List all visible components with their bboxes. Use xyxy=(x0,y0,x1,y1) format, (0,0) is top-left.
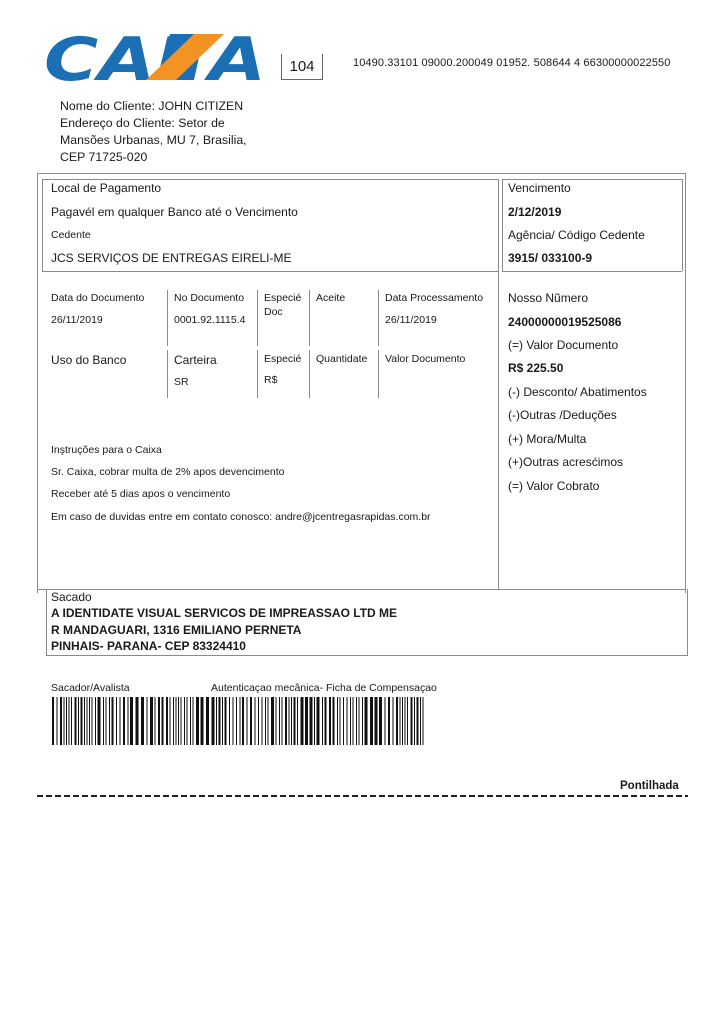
aceite-label: Aceite xyxy=(316,292,345,304)
data-proc-label: Data Processamento xyxy=(385,292,483,304)
venc-box-top xyxy=(502,179,682,180)
especie-doc-label-2: Doc xyxy=(264,306,283,318)
cedente-label: Cedente xyxy=(51,229,91,241)
local-value: Pagavél em qualquer Banco até o Vencimen… xyxy=(51,205,298,219)
col-divider xyxy=(309,350,310,398)
instruction-line: Receber até 5 dias apos o vencimento xyxy=(51,488,230,500)
agencia-value: 3915/ 033100-9 xyxy=(508,251,592,265)
linha-digitavel: 10490.33101 09000.200049 01952. 508644 4… xyxy=(353,57,670,69)
data-proc-value: 26/11/2019 xyxy=(385,314,437,326)
sacado-city: PINHAIS- PARANA- CEP 83324410 xyxy=(51,639,246,653)
valor-doc-label: Valor Documento xyxy=(385,353,465,365)
sacado-label: Sacado xyxy=(51,590,92,604)
client-info: Nome do Cliente: JOHN CITIZEN Endereço d… xyxy=(60,98,247,166)
mora-label: (+) Mora/Multa xyxy=(508,432,586,446)
instruction-line: Em caso de duvidas entre em contato cono… xyxy=(51,511,431,523)
valor-cobrado-label: (=) Valor Cobrato xyxy=(508,479,599,493)
cedente-value: JCS SERVIÇOS DE ENTREGAS EIRELI-ME xyxy=(51,251,292,265)
venc-box-bottom xyxy=(502,271,682,272)
uso-banco-label: Uso do Banco xyxy=(51,353,126,367)
sacado-address: R MANDAGUARI, 1316 EMILIANO PERNETA xyxy=(51,623,301,637)
instructions-title: Inştruções para o Caixa xyxy=(51,444,162,456)
quantidade-label: Quantidate xyxy=(316,353,367,365)
bank-code: 104 xyxy=(281,54,323,80)
col-divider xyxy=(378,350,379,398)
venc-box-left xyxy=(502,179,503,271)
valor-documento-label: (=) Valor Documento xyxy=(508,338,618,352)
autenticacao-label: Autenticaçao mecânica- Ficha de Compensa… xyxy=(211,682,437,694)
nosso-numero-value: 24000000019525086 xyxy=(508,315,621,329)
outer-right-border xyxy=(685,173,686,593)
column-divider xyxy=(498,179,499,589)
especie-value: R$ xyxy=(264,374,277,386)
col-divider xyxy=(309,290,310,346)
caixa-logo: CAI A xyxy=(44,30,266,84)
desconto-label: (-) Desconto/ Abatimentos xyxy=(508,385,647,399)
col-divider xyxy=(257,350,258,398)
client-address-1: Endereço do Cliente: Setor de xyxy=(60,115,247,132)
barcode xyxy=(52,697,424,745)
local-box-bottom xyxy=(42,271,498,272)
client-name: Nome do Cliente: JOHN CITIZEN xyxy=(60,98,247,115)
especie-label: Especié xyxy=(264,353,301,365)
outer-top-border xyxy=(37,173,685,174)
col-divider xyxy=(167,290,168,346)
outras-deducoes-label: (-)Outras /Deduções xyxy=(508,408,617,422)
sacado-box-right xyxy=(687,589,688,655)
venc-box-right xyxy=(682,179,683,271)
client-address-2: Mansões Urbanas, MU 7, Brasilia, xyxy=(60,132,247,149)
data-doc-label: Data do Documento xyxy=(51,292,144,304)
sacador-label: Sacador/Avalista xyxy=(51,682,130,694)
vencimento-label: Vencimento xyxy=(508,181,571,195)
local-box-left xyxy=(42,179,43,271)
vencimento-value: 2/12/2019 xyxy=(508,205,561,219)
data-doc-value: 26/11/2019 xyxy=(51,314,103,326)
outer-left-border xyxy=(37,173,38,593)
no-doc-label: No Documento xyxy=(174,292,244,304)
local-box-top xyxy=(42,179,498,180)
carteira-value: SR xyxy=(174,376,189,388)
valor-documento-value: R$ 225.50 xyxy=(508,361,563,375)
instruction-line: Sr. Caixa, cobrar multa de 2% apos deven… xyxy=(51,466,284,478)
pontilhada-label: Pontilhada xyxy=(620,780,679,792)
carteira-label: Carteira xyxy=(174,353,217,367)
agencia-label: Agência/ Código Cedente xyxy=(508,228,645,242)
sacado-name: A IDENTIDATE VISUAL SERVICOS DE IMPREASS… xyxy=(51,606,397,620)
col-divider xyxy=(167,350,168,398)
no-doc-value: 0001.92.1115.4 xyxy=(174,314,245,326)
nosso-numero-label: Nosso Nũmero xyxy=(508,291,588,305)
col-divider xyxy=(378,290,379,346)
cut-line xyxy=(37,795,688,797)
sacado-box-bottom xyxy=(46,655,688,656)
local-label: Local de Pagamento xyxy=(51,181,161,195)
sacado-box-left xyxy=(46,589,47,655)
col-divider xyxy=(257,290,258,346)
outros-acrescimos-label: (+)Outras acresćimos xyxy=(508,455,623,469)
especie-doc-label: Especié xyxy=(264,292,301,304)
client-address-3: CEP 71725-020 xyxy=(60,149,247,166)
main-box-bottom xyxy=(37,589,685,590)
